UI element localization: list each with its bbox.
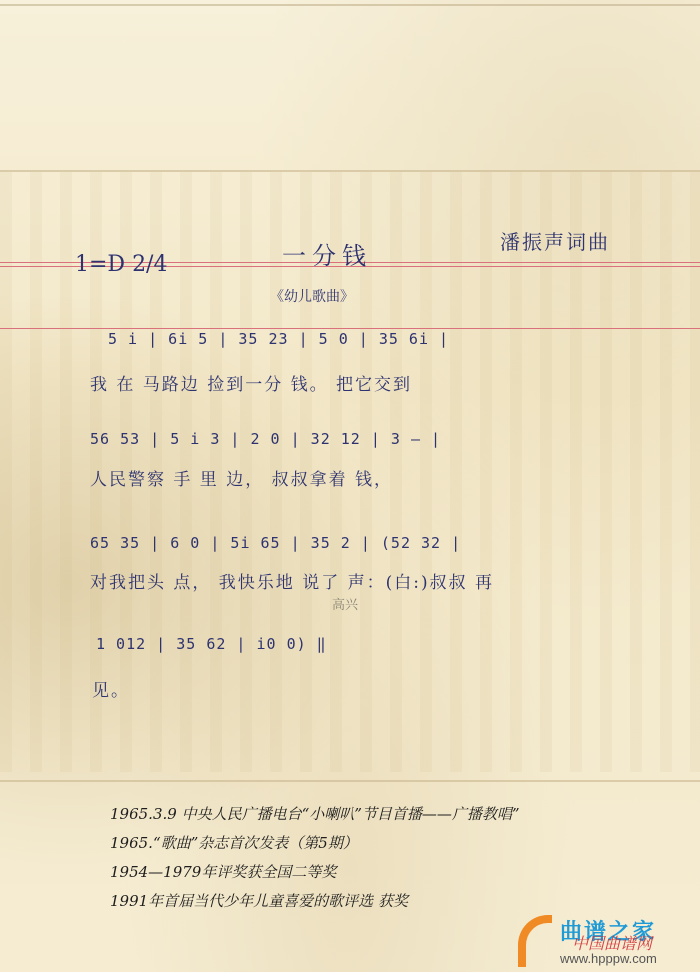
paper-fold-line	[0, 780, 700, 782]
watermark-url: www.hpppw.com	[560, 951, 657, 966]
site-watermark: 曲谱之家 中国曲谱网 www.hpppw.com	[518, 915, 698, 970]
lyrics-line: 见。	[92, 676, 130, 701]
history-note: 1954—1979年评奖获全国二等奖	[110, 858, 520, 887]
red-rule-line	[0, 328, 700, 329]
watermark-logo-icon	[518, 915, 552, 967]
history-note: 1991年首届当代少年儿童喜爱的歌评选 获奖	[110, 887, 520, 916]
notation-line: 65 35 | 6 0 | 5i 65 | 35 2 | (52 32 |	[90, 534, 461, 552]
notation-line: 56 53 | 5 i 3 | 2 0 | 32 12 | 3 — |	[90, 430, 441, 448]
pencil-annotation: 高兴	[332, 594, 358, 613]
lyrics-line: 对我把头 点， 我快乐地 说了 声：(白:)叔叔 再	[90, 568, 494, 593]
key-signature: 1=D 2/4	[75, 252, 167, 277]
notation-line: 1 012 | 35 62 | i0 0) ‖	[96, 635, 327, 653]
notation-line: 5 i | 6i 5 | 35 23 | 5 0 | 35 6i |	[108, 330, 449, 348]
history-notes: 1965.3.9 中央人民广播电台“小喇叭”节目首播——广播教唱” 1965.“…	[110, 800, 520, 916]
song-title: 一分钱	[282, 236, 372, 271]
history-note: 1965.3.9 中央人民广播电台“小喇叭”节目首播——广播教唱”	[110, 800, 520, 829]
lyrics-line: 人民警察 手 里 边， 叔叔拿着 钱，	[90, 465, 393, 490]
lyrics-line: 我 在 马路边 捡到一分 钱。 把它交到	[90, 370, 412, 395]
song-subtitle: 《幼儿歌曲》	[270, 286, 354, 306]
history-note: 1965.“歌曲”杂志首次发表（第5期）	[110, 829, 520, 858]
author-credit: 潘振声词曲	[500, 226, 610, 255]
manuscript-page: 1=D 2/4 一分钱 潘振声词曲 《幼儿歌曲》 5 i | 6i 5 | 35…	[0, 0, 700, 972]
paper-top-edge	[0, 4, 700, 6]
